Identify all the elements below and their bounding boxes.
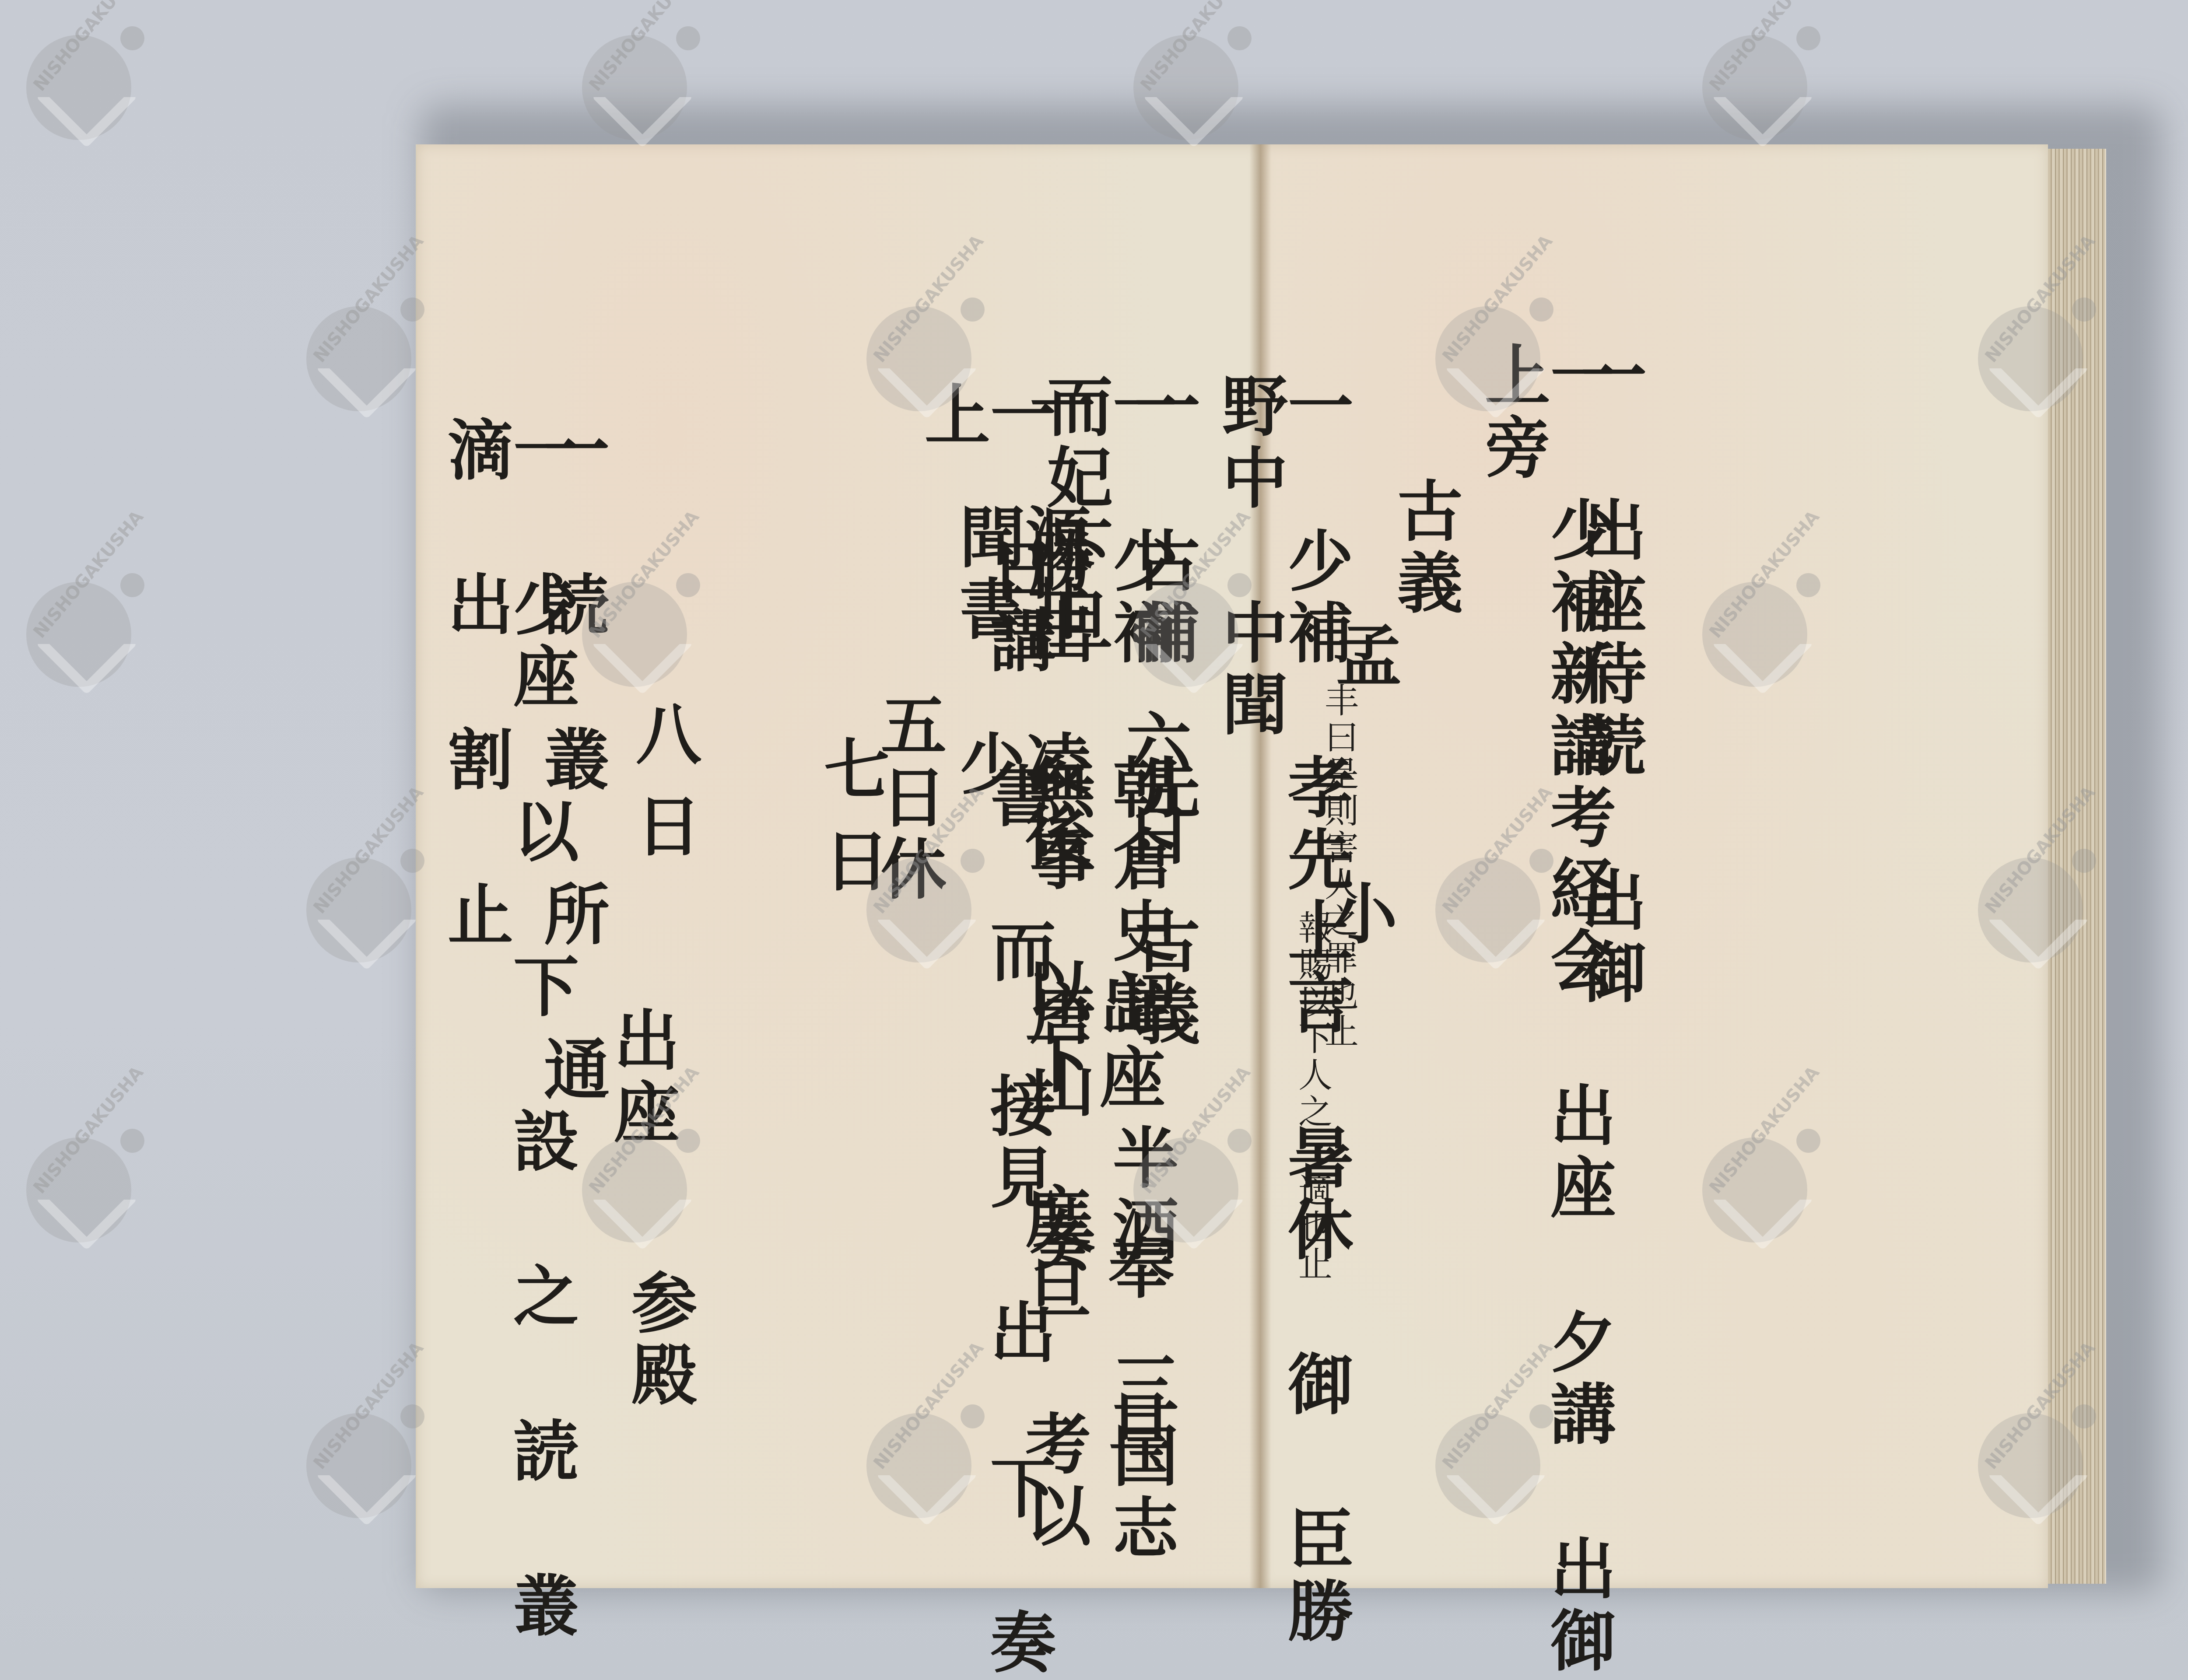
left-column: 一 少座 以 下 設 之 読 叢 滴 出 割 止: [442, 416, 573, 1680]
watermark-logo-icon: NISHOGAKUSHA: [306, 306, 411, 411]
watermark-logo-icon: NISHOGAKUSHA: [1978, 857, 2083, 962]
watermark-logo-icon: NISHOGAKUSHA: [1133, 1137, 1238, 1242]
watermark-logo-icon: NISHOGAKUSHA: [1435, 1413, 1540, 1518]
watermark-dot-icon: [120, 573, 144, 597]
watermark-logo-icon: NISHOGAKUSHA: [1133, 582, 1238, 687]
watermark-logo-icon: NISHOGAKUSHA: [582, 35, 687, 140]
watermark-logo-icon: NISHOGAKUSHA: [866, 306, 971, 411]
watermark-dot-icon: [676, 26, 700, 50]
watermark-dot-icon: [961, 849, 985, 873]
watermark-dot-icon: [120, 26, 144, 50]
watermark-logo-icon: NISHOGAKUSHA: [1133, 35, 1238, 140]
right-column: 一 少補 孝先上言 暑休 御 臣勝 野中 中聞: [1217, 372, 1348, 1680]
watermark-dot-icon: [1529, 849, 1553, 873]
left-column: 八日: [630, 700, 696, 884]
watermark-dot-icon: [961, 297, 985, 322]
watermark-logo-icon: NISHOGAKUSHA: [582, 1137, 687, 1242]
watermark-dot-icon: [1529, 1404, 1553, 1428]
watermark-logo-icon: NISHOGAKUSHA: [1435, 306, 1540, 411]
watermark-dot-icon: [2072, 297, 2096, 322]
left-column: 出座: [1094, 971, 1160, 1115]
watermark-dot-icon: [1227, 26, 1252, 50]
watermark-logo-icon: NISHOGAKUSHA: [1978, 306, 2083, 411]
watermark-logo-icon: NISHOGAKUSHA: [26, 582, 131, 687]
watermark-dot-icon: [961, 1404, 985, 1428]
watermark-logo-icon: NISHOGAKUSHA: [1702, 1137, 1807, 1242]
watermark-logo-icon: NISHOGAKUSHA: [26, 1137, 131, 1242]
watermark-logo-icon: NISHOGAKUSHA: [306, 1413, 411, 1518]
watermark-dot-icon: [2072, 1404, 2096, 1428]
watermark-logo-icon: NISHOGAKUSHA: [866, 857, 971, 962]
watermark-dot-icon: [676, 573, 700, 597]
watermark-logo-icon: NISHOGAKUSHA: [1702, 35, 1807, 140]
watermark-logo-icon: NISHOGAKUSHA: [26, 35, 131, 140]
watermark-dot-icon: [1796, 573, 1820, 597]
left-column: 奉 旦: [1103, 1234, 1168, 1460]
watermark-dot-icon: [400, 297, 424, 322]
watermark-logo-icon: NISHOGAKUSHA: [1702, 582, 1807, 687]
watermark-dot-icon: [676, 1129, 700, 1153]
watermark-logo-icon: NISHOGAKUSHA: [1435, 857, 1540, 962]
left-column: 六日: [1120, 709, 1186, 892]
left-column: 参殿: [626, 1269, 691, 1412]
watermark-dot-icon: [1796, 26, 1820, 50]
watermark-dot-icon: [400, 1404, 424, 1428]
watermark-logo-icon: NISHOGAKUSHA: [582, 582, 687, 687]
watermark-dot-icon: [1529, 297, 1553, 322]
watermark-logo-icon: NISHOGAKUSHA: [866, 1413, 971, 1518]
right-page: [1260, 144, 2048, 1588]
watermark-dot-icon: [1796, 1129, 1820, 1153]
watermark-dot-icon: [2072, 849, 2096, 873]
watermark-logo-icon: NISHOGAKUSHA: [306, 857, 411, 962]
right-column: 古義: [1392, 477, 1457, 620]
watermark-logo-icon: NISHOGAKUSHA: [1978, 1413, 2083, 1518]
watermark-dot-icon: [1227, 1129, 1252, 1153]
watermark-dot-icon: [1227, 573, 1252, 597]
watermark-dot-icon: [400, 849, 424, 873]
watermark-dot-icon: [120, 1129, 144, 1153]
